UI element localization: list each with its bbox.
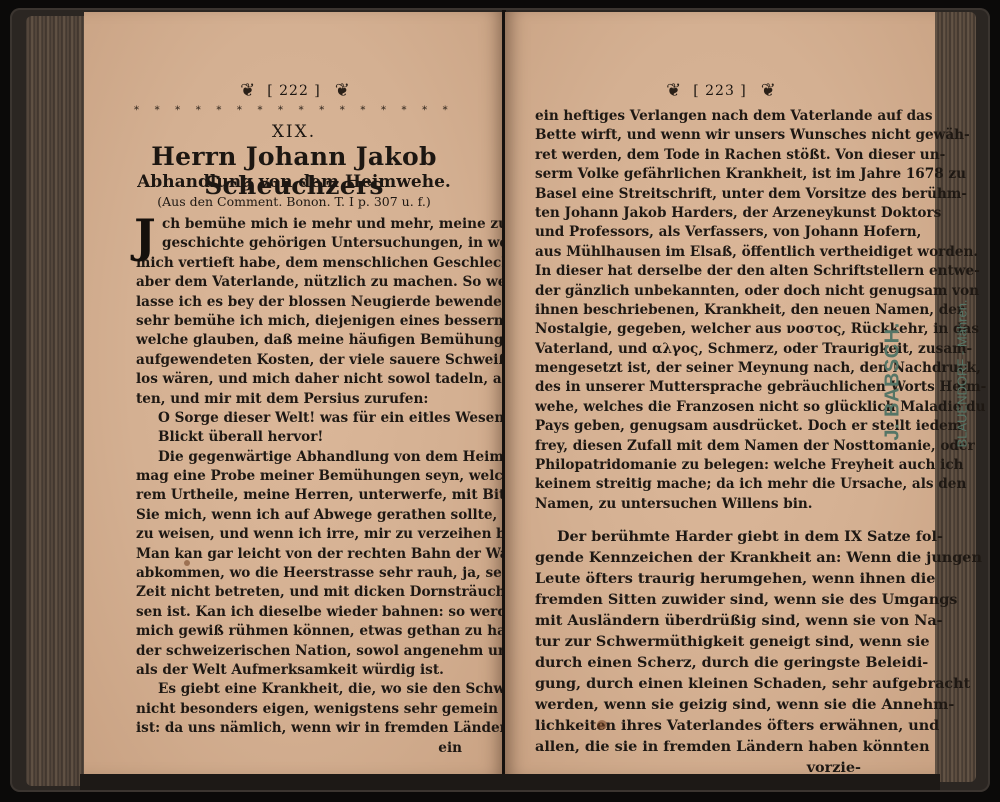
chapter-subtitle: Abhandlung von dem Heimwehe. — [84, 172, 504, 192]
left-page: ❦ [ 222 ] ❦ * * * * * * * * * * * * * * … — [84, 12, 504, 774]
text-line: und Professors, als Verfassers, von Joha… — [535, 223, 861, 242]
text-line: ist: da uns nämlich, wenn wir in fremden… — [136, 719, 462, 738]
text-line: ihnen beschriebenen, Krankheit, den neue… — [535, 301, 861, 320]
text-line: wehe, welches die Franzosen nicht so glü… — [535, 398, 861, 417]
text-line: Basel eine Streitschrift, unter dem Vors… — [535, 185, 861, 204]
left-body-text: J ch bemühe mich ie mehr und mehr, meine… — [136, 215, 462, 758]
text-line: In dieser hat derselbe der den alten Sch… — [535, 262, 861, 281]
text-line: lasse ich es bey der blossen Neugierde b… — [136, 293, 462, 312]
text-line: ret werden, dem Tode in Rachen stößt. Vo… — [535, 146, 861, 165]
text-line: Leute öfters traurig herumgehen, wenn ih… — [535, 568, 861, 589]
text-line: mich vertieft habe, dem menschlichen Ges… — [136, 254, 462, 273]
text-line: Vaterland, und αλγος, Schmerz, oder Trau… — [535, 340, 861, 359]
right-page-header: ❦ [ 223 ] ❦ — [505, 80, 935, 101]
text-line: sehr bemühe ich mich, diejenigen eines b… — [136, 312, 462, 331]
drop-cap: J — [134, 213, 156, 259]
text-line: der schweizerischen Nation, sowol angene… — [136, 642, 462, 661]
text-line: zu weisen, und wenn ich irre, mir zu ver… — [136, 525, 462, 544]
text-line: Nostalgie, gegeben, welcher aus νοστος, … — [535, 320, 861, 339]
fleuron-icon: ❦ — [240, 80, 253, 101]
text-line: los wären, und mich daher nicht sowol ta… — [136, 370, 462, 389]
star-rule: * * * * * * * * * * * * * * * * * * * * … — [134, 105, 456, 116]
right-page: ❦ [ 223 ] ❦ ein heftiges Verlangen nach … — [505, 12, 935, 774]
paragraph-gap — [535, 514, 861, 526]
text-line: mich gewiß rühmen können, etwas gethan z… — [136, 622, 462, 641]
verse-line: Blickt überall hervor! — [136, 428, 462, 447]
text-line: keinem streitig mache; da ich mehr die U… — [535, 475, 861, 494]
text-line: fremden Sitten zuwider sind, wenn sie de… — [535, 589, 861, 610]
stamp-place: BLAUENDORF - Mähren. — [955, 299, 970, 447]
text-line: tur zur Schwermüthigkeit geneigt sind, w… — [535, 631, 861, 652]
fleuron-icon: ❦ — [666, 80, 679, 101]
text-line: allen, die sie in fremden Ländern haben … — [535, 736, 861, 757]
text-line: abkommen, wo die Heerstrasse sehr rauh, … — [136, 564, 462, 583]
text-line: mengesetzt ist, der seiner Meynung nach,… — [535, 359, 861, 378]
text-line: des in unserer Muttersprache gebräuchlic… — [535, 378, 861, 397]
page-number: [ 223 ] — [693, 83, 747, 99]
right-body-text: ein heftiges Verlangen nach dem Vaterlan… — [535, 107, 861, 778]
text-line: ch bemühe mich ie mehr und mehr, meine z… — [136, 215, 462, 234]
text-line: aus Mühlhausen im Elsaß, öffentlich vert… — [535, 243, 861, 262]
page-number: [ 222 ] — [267, 83, 321, 99]
text-line: aber dem Vaterlande, nützlich zu machen.… — [136, 273, 462, 292]
text-line: gung, durch einen kleinen Schaden, sehr … — [535, 673, 861, 694]
text-line: ten, und mir mit dem Persius zurufen: — [136, 390, 462, 409]
text-line: Pays geben, genugsam ausdrücket. Doch er… — [535, 417, 861, 436]
text-line: Namen, zu untersuchen Willens bin. — [535, 495, 861, 514]
text-line: Philopatridomanie zu belegen: welche Fre… — [535, 456, 861, 475]
text-line: welche glauben, daß meine häufigen Bemüh… — [136, 331, 462, 350]
text-line: Bette wirft, und wenn wir unsers Wunsche… — [535, 126, 861, 145]
text-line: Zeit nicht betreten, und mit dicken Dorn… — [136, 583, 462, 602]
text-line: aufgewendeten Kosten, der viele sauere S… — [136, 351, 462, 370]
text-line: nicht besonders eigen, wenigstens sehr g… — [136, 700, 462, 719]
left-page-header: ❦ [ 222 ] ❦ — [84, 80, 504, 101]
text-line: serm Volke gefährlichen Krankheit, ist i… — [535, 165, 861, 184]
source-citation: (Aus den Comment. Bonon. T. I p. 307 u. … — [84, 194, 504, 209]
text-line: als der Welt Aufmerksamkeit würdig ist. — [136, 661, 462, 680]
text-line: Die gegenwärtige Abhandlung von dem Heim… — [136, 448, 462, 467]
foxing-spot — [184, 560, 190, 566]
text-line: gende Kennzeichen der Krankheit an: Wenn… — [535, 547, 861, 568]
chapter-numeral: XIX. — [84, 122, 504, 142]
text-line: ten Johann Jakob Harders, der Arzeneykun… — [535, 204, 861, 223]
text-line: durch einen Scherz, durch die geringste … — [535, 652, 861, 673]
page-edges-left — [26, 16, 90, 786]
foxing-spot — [597, 720, 607, 730]
text-line: werden, wenn sie geizig sind, wenn sie d… — [535, 694, 861, 715]
catchword: ein — [136, 739, 462, 758]
stamp-owner-name: J. BABSCH. — [882, 322, 905, 440]
text-line: Es giebt eine Krankheit, die, wo sie den… — [136, 680, 462, 699]
text-line: mit Ausländern überdrüßig sind, wenn sie… — [535, 610, 861, 631]
book-bottom-edge — [80, 774, 940, 790]
text-line: der gänzlich unbekannten, oder doch nich… — [535, 282, 861, 301]
text-line: Sie mich, wenn ich auf Abwege gerathen s… — [136, 506, 462, 525]
text-line: ein heftiges Verlangen nach dem Vaterlan… — [535, 107, 861, 126]
fleuron-icon: ❦ — [335, 80, 348, 101]
text-line: lichkeiten ihres Vaterlandes öfters erwä… — [535, 715, 861, 736]
text-line: frey, diesen Zufall mit dem Namen der No… — [535, 437, 861, 456]
text-line: geschichte gehörigen Untersuchungen, in … — [136, 234, 462, 253]
text-line: Der berühmte Harder giebt in dem IX Satz… — [535, 526, 861, 547]
verse-line: O Sorge dieser Welt! was für ein eitles … — [136, 409, 462, 428]
text-line: rem Urtheile, meine Herren, unterwerfe, … — [136, 486, 462, 505]
text-line: mag eine Probe meiner Bemühungen seyn, w… — [136, 467, 462, 486]
text-line: sen ist. Kan ich dieselbe wieder bahnen:… — [136, 603, 462, 622]
fleuron-icon: ❦ — [761, 80, 774, 101]
ownership-stamp: J. BABSCH. BLAUENDORF - Mähren. — [882, 280, 942, 480]
